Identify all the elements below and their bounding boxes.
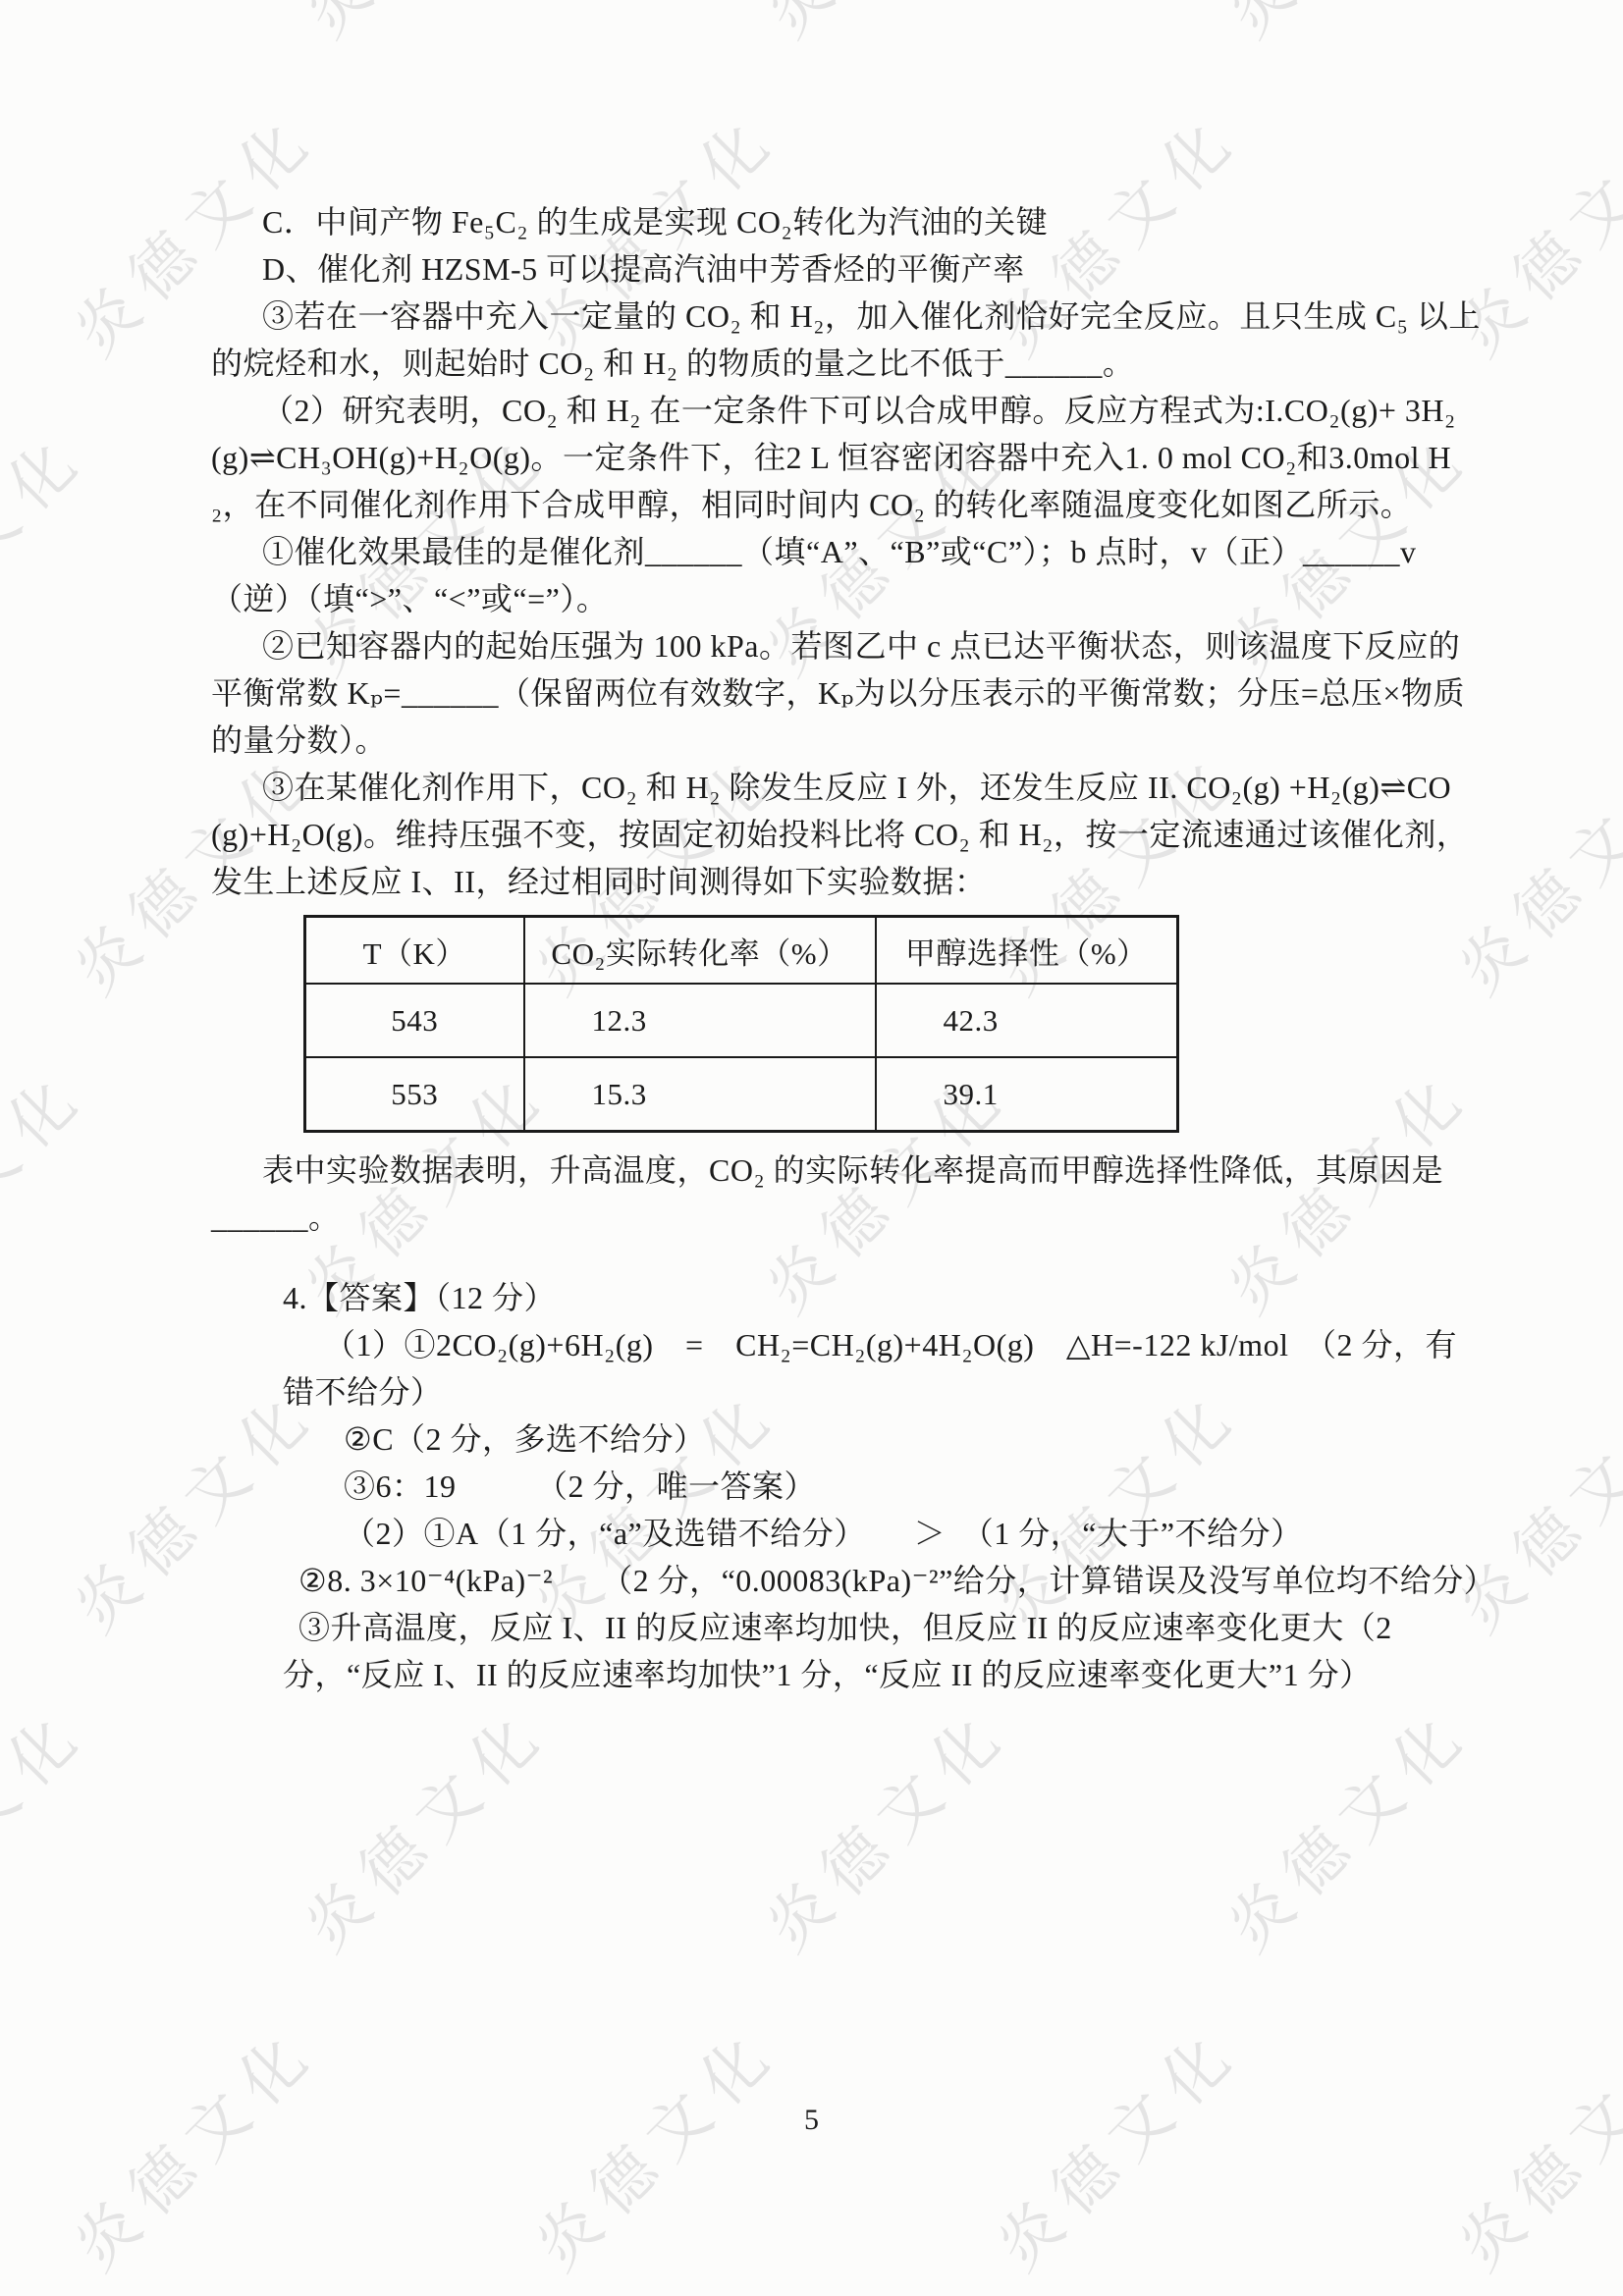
watermark-text: 炎德文化 — [742, 0, 1025, 53]
cell-methanol-selectivity: 39.1 — [876, 1057, 1178, 1132]
watermark-text: 炎德文化 — [1204, 0, 1487, 53]
table-row: 543 12.3 42.3 — [305, 984, 1178, 1057]
table-header-co2-conversion: CO₂实际转化率（%） — [524, 917, 876, 985]
page-number: 5 — [0, 2104, 1623, 2137]
table-header-methanol-selectivity: 甲醇选择性（%） — [876, 917, 1178, 985]
answer-1-choice: ②C（2 分，多选不给分） — [283, 1415, 1488, 1463]
watermark-text: 炎德文化 — [512, 2003, 794, 2286]
cell-temperature: 543 — [305, 984, 524, 1057]
question-part3: ③若在一容器中充入一定量的 CO₂ 和 H₂，加入催化剂恰好完全反应。且只生成 … — [211, 293, 1488, 387]
answers-header: 4.【答案】（12 分） — [283, 1274, 1488, 1321]
question-sub2: ②已知容器内的起始压强为 100 kPa。若图乙中 c 点已达平衡状态，则该温度… — [211, 622, 1488, 764]
watermark-text: 炎德文化 — [0, 408, 102, 691]
answer-2-kp: ②8. 3×10⁻⁴(kPa)⁻² （2 分，“0.00083(kPa)⁻²”给… — [283, 1557, 1488, 1604]
watermark-text: 炎德文化 — [742, 1684, 1025, 1967]
watermark-text: 炎德文化 — [0, 0, 102, 53]
watermark-text: 炎德文化 — [1434, 2003, 1623, 2286]
answer-1-equation: （1）①2CO₂(g)+6H₂(g) = CH₂=CH₂(g)+4H₂O(g) … — [283, 1321, 1488, 1415]
question-part2-intro: （2）研究表明，CO₂ 和 H₂ 在一定条件下可以合成甲醇。反应方程式为:I.C… — [211, 387, 1488, 528]
table-header-row: T（K） CO₂实际转化率（%） 甲醇选择性（%） — [305, 917, 1178, 985]
question-sub1: ①催化效果最佳的是催化剂______（填“A”、“B”或“C”）；b 点时，v（… — [211, 528, 1488, 622]
answer-2-choice: （2）①A（1 分，“a”及选错不给分） ＞ （1 分，“大于”不给分） — [283, 1510, 1488, 1557]
cell-methanol-selectivity: 42.3 — [876, 984, 1178, 1057]
experiment-table: T（K） CO₂实际转化率（%） 甲醇选择性（%） 543 12.3 42.3 … — [303, 915, 1179, 1133]
cell-co2-conversion: 15.3 — [524, 1057, 876, 1132]
watermark-text: 炎德文化 — [50, 2003, 333, 2286]
answers-section: 4.【答案】（12 分） （1）①2CO₂(g)+6H₂(g) = CH₂=CH… — [283, 1274, 1488, 1698]
answer-1-ratio: ③6：19 （2 分，唯一答案） — [283, 1463, 1488, 1510]
watermark-text: 炎德文化 — [973, 2003, 1256, 2286]
document-page: 炎德文化炎德文化炎德文化炎德文化炎德文化炎德文化炎德文化炎德文化炎德文化炎德文化… — [0, 0, 1623, 2296]
answer-2-explanation: ③升高温度，反应 I、II 的反应速率均加快，但反应 II 的反应速率变化更大（… — [283, 1604, 1488, 1698]
watermark-text: 炎德文化 — [0, 1046, 102, 1329]
option-d: D、催化剂 HZSM-5 可以提高汽油中芳香烃的平衡产率 — [211, 245, 1488, 293]
answer-blank-line: ______。 — [211, 1194, 1488, 1241]
watermark-text: 炎德文化 — [0, 1684, 102, 1967]
cell-temperature: 553 — [305, 1057, 524, 1132]
question-sub3: ③在某催化剂作用下，CO₂ 和 H₂ 除发生反应 I 外，还发生反应 II. C… — [211, 764, 1488, 905]
cell-co2-conversion: 12.3 — [524, 984, 876, 1057]
table-row: 553 15.3 39.1 — [305, 1057, 1178, 1132]
watermark-text: 炎德文化 — [1204, 1684, 1487, 1967]
table-note: 表中实验数据表明，升高温度，CO₂ 的实际转化率提高而甲醇选择性降低，其原因是 — [211, 1147, 1488, 1194]
table-header-temperature: T（K） — [305, 917, 524, 985]
watermark-text: 炎德文化 — [281, 0, 564, 53]
watermark-text: 炎德文化 — [281, 1684, 564, 1967]
page-content: C．中间产物 Fe₅C₂ 的生成是实现 CO₂转化为汽油的关键 D、催化剂 HZ… — [211, 198, 1488, 1698]
option-c: C．中间产物 Fe₅C₂ 的生成是实现 CO₂转化为汽油的关键 — [211, 198, 1488, 245]
